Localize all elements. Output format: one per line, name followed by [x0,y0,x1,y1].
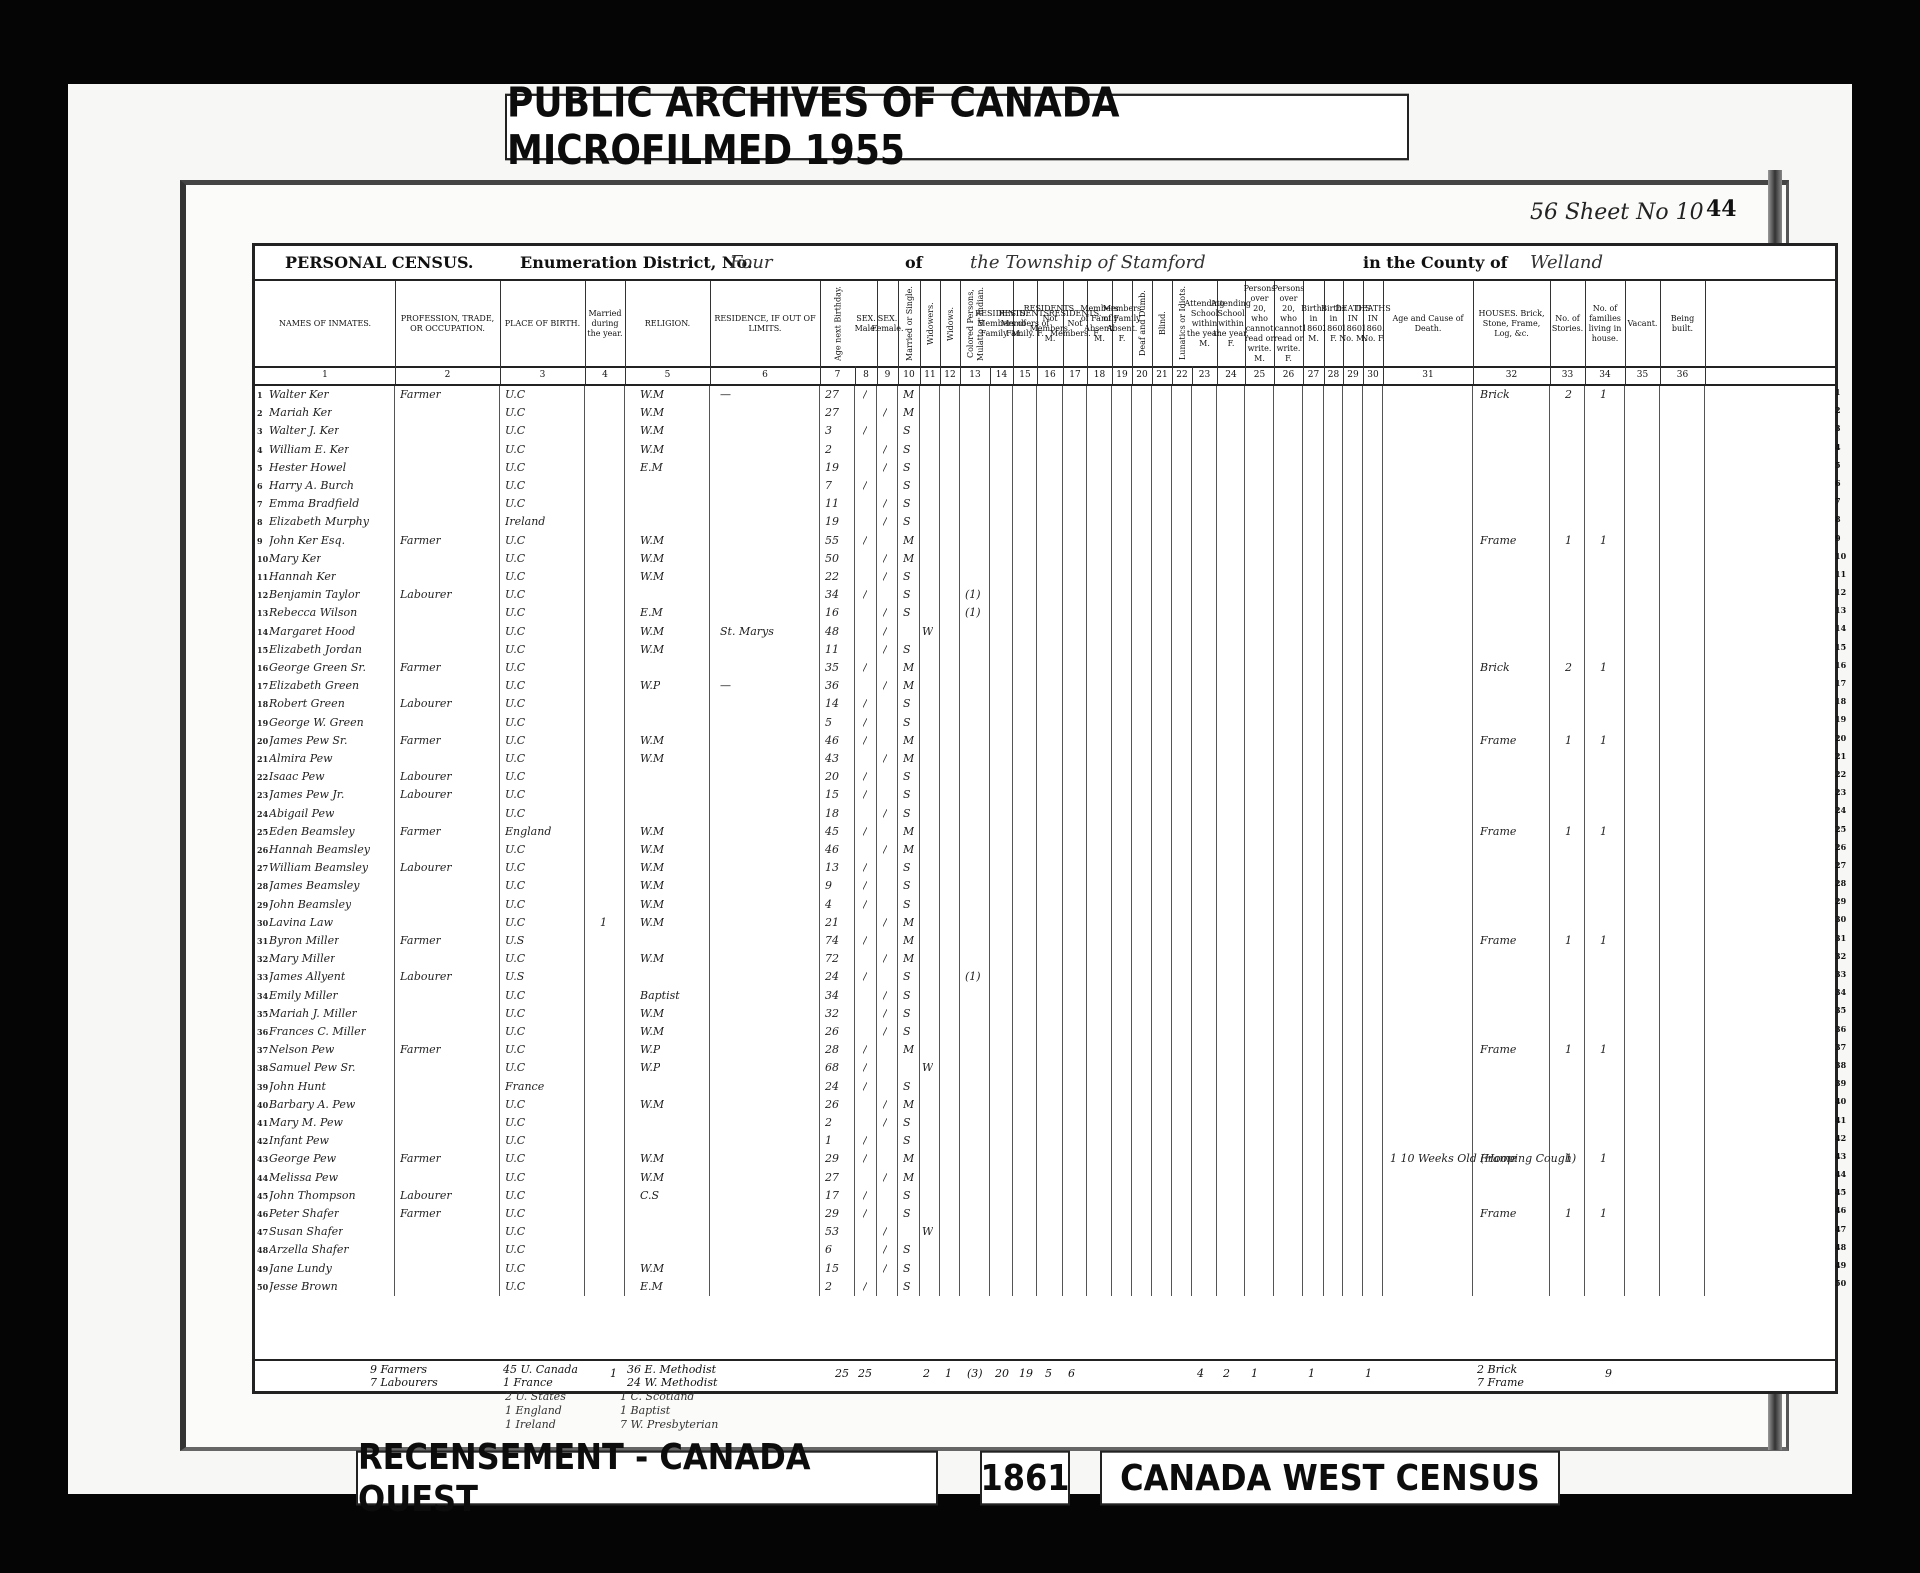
cell-rel: W.M [640,750,664,768]
cell-birth: U.C [505,659,525,677]
form-title-row: PERSONAL CENSUS. Enumeration District, N… [255,246,1835,281]
column-header-2: PROFESSION, TRADE, OR OCCUPATION. [395,281,501,366]
cell-married-single: S [903,1132,911,1150]
cell-occ: Labourer [400,786,452,804]
cell-birth: U.C [505,1169,525,1187]
cell-rel: E.M [640,1278,663,1296]
sex-tally-mark: / [863,768,867,786]
cell-fam: 1 [1600,532,1607,550]
total-value: 20 [995,1367,1009,1381]
cell-age: 18 [825,805,839,823]
cell-age: 2 [825,1114,832,1132]
cell-name: Almira Pew [269,750,333,768]
sex-tally-mark: / [883,404,887,422]
sex-tally-mark: / [863,386,867,404]
column-header-1: NAMES OF INMATES. [255,281,396,366]
cell-name: Melissa Pew [269,1169,338,1187]
cell-name: Nelson Pew [269,1041,334,1059]
cell-birth: U.C [505,459,525,477]
column-header-3: PLACE OF BIRTH. [500,281,586,366]
cell-n: 23 [257,786,268,804]
cell-name: Harry A. Burch [269,477,354,495]
cell-birth: U.C [505,950,525,968]
cell-house: Brick [1480,659,1510,677]
cell-name: Mary Miller [269,950,335,968]
county-label: in the County of [1363,253,1508,272]
right-row-numbers: 1234567891011121314151617181920212223242… [1835,383,1855,1292]
cell-married-single: S [903,1241,911,1259]
cell-n: 6 [257,477,263,495]
census-row: 9John Ker Esq.FarmerU.CW.M55Frame11/M [255,532,1835,550]
cell-age: 13 [825,859,839,877]
census-row: 16George Green Sr.FarmerU.C35Brick21/M [255,659,1835,677]
cell-age: 19 [825,459,839,477]
sex-tally-mark: / [883,950,887,968]
cell-married-single: S [903,441,911,459]
cell-fam: 1 [1600,386,1607,404]
right-row-number: 2 [1835,401,1855,419]
column-number-16: 16 [1037,366,1064,384]
sex-tally-mark: / [883,750,887,768]
cell-stories: 1 [1565,1205,1572,1223]
column-number-14: 14 [990,366,1014,384]
total-value: 4 [1197,1367,1204,1381]
sex-tally-mark: / [863,968,867,986]
cell-name: Benjamin Taylor [269,586,360,604]
cell-birth: U.C [505,877,525,895]
cell-occ: Farmer [400,386,441,404]
cell-name: William Beamsley [269,859,368,877]
census-row: 13Rebecca WilsonU.CE.M16(1)/S [255,604,1835,622]
right-row-number: 42 [1835,1129,1855,1147]
birth-extra-3: 1 Ireland [505,1418,566,1432]
cell-n: 31 [257,932,268,950]
census-row: 33James AllyentLabourerU.S24(1)/S [255,968,1835,986]
cell-house: Frame [1480,932,1516,950]
cell-name: John Hunt [269,1078,326,1096]
right-row-number: 50 [1835,1274,1855,1292]
total-value: 45 U. Canada [503,1363,578,1377]
cell-name: Mariah Ker [269,404,332,422]
cell-occ: Farmer [400,1041,441,1059]
cell-birth: U.C [505,1241,525,1259]
column-number-12: 12 [940,366,961,384]
cell-age: 17 [825,1187,839,1205]
stamp-year: 1861 [980,1451,1070,1506]
right-row-number: 39 [1835,1074,1855,1092]
cell-rel: W.M [640,732,664,750]
cell-age: 34 [825,987,839,1005]
column-number-15: 15 [1013,366,1038,384]
cell-house: Frame [1480,1205,1516,1223]
column-number-11: 11 [920,366,941,384]
right-row-number: 44 [1835,1165,1855,1183]
archive-stamp-top: PUBLIC ARCHIVES OF CANADA MICROFILMED 19… [505,94,1409,161]
cell-stories: 1 [1565,1041,1572,1059]
column-number-22: 22 [1172,366,1193,384]
total-value: 7 Frame [1477,1376,1524,1390]
cell-rel: W.M [640,1150,664,1168]
sex-tally-mark: / [863,422,867,440]
cell-n: 11 [257,568,268,586]
religion-extra-1: 1 C. Scotland [620,1390,718,1404]
cell-fam: 1 [1600,1205,1607,1223]
cell-occ: Labourer [400,695,452,713]
right-row-number: 15 [1835,638,1855,656]
column-number-27: 27 [1303,366,1325,384]
column-number-36: 36 [1660,366,1706,384]
column-number-26: 26 [1274,366,1304,384]
right-row-number: 23 [1835,783,1855,801]
cell-fam: 1 [1600,932,1607,950]
sex-tally-mark: / [863,1278,867,1296]
column-header-26: Persons over 20, who cannot read or writ… [1274,281,1304,366]
cell-age: 15 [825,1260,839,1278]
cell-rel: W.M [640,1023,664,1041]
cell-age: 48 [825,623,839,641]
column-number-3: 3 [500,366,586,384]
cell-n: 22 [257,768,268,786]
right-row-number: 12 [1835,583,1855,601]
census-form: PERSONAL CENSUS. Enumeration District, N… [252,243,1838,1394]
right-row-number: 20 [1835,729,1855,747]
total-value: 1 [610,1367,617,1381]
cell-age: 26 [825,1023,839,1041]
sex-tally-mark: / [883,1023,887,1041]
cell-age: 35 [825,659,839,677]
cell-n: 21 [257,750,268,768]
cell-married-single: S [903,1187,911,1205]
cell-name: Isaac Pew [269,768,325,786]
census-row: 25Eden BeamsleyFarmerEnglandW.M45Frame11… [255,823,1835,841]
cell-married-single: S [903,1260,911,1278]
cell-house: Frame [1480,823,1516,841]
sex-tally-mark: / [883,1005,887,1023]
cell-age: 2 [825,441,832,459]
census-row: 7Emma BradfieldU.C11/S [255,495,1835,513]
column-header-21: Blind. [1152,281,1173,366]
column-number-5: 5 [625,366,711,384]
column-header-33: No. of Stories. [1550,281,1586,366]
cell-wid: W [922,1223,933,1241]
cell-married-single: S [903,1078,911,1096]
cell-age: 32 [825,1005,839,1023]
cell-rel: C.S [640,1187,659,1205]
right-row-number: 31 [1835,929,1855,947]
cell-name: Susan Shafer [269,1223,343,1241]
column-number-8: 8 [855,366,878,384]
sex-tally-mark: / [883,495,887,513]
cell-birth: U.C [505,441,525,459]
cell-age: 68 [825,1059,839,1077]
cell-married-single: S [903,714,911,732]
column-header-6: RESIDENCE, IF OUT OF LIMITS. [710,281,821,366]
column-number-2: 2 [395,366,501,384]
cell-name: Emma Bradfield [269,495,359,513]
column-header-10: Married or Single. [898,281,921,366]
census-row: 42Infant PewU.C1/S [255,1132,1835,1150]
cell-birth: U.C [505,859,525,877]
cell-married-single: S [903,477,911,495]
birth-extra-2: 1 England [505,1404,566,1418]
cell-res: — [720,677,731,695]
cell-age: 26 [825,1096,839,1114]
cell-n: 37 [257,1041,268,1059]
right-row-number: 33 [1835,965,1855,983]
right-row-number: 16 [1835,656,1855,674]
column-number-32: 32 [1473,366,1551,384]
total-value: (3) [967,1367,983,1381]
cell-name: Jesse Brown [269,1278,338,1296]
census-row: 10Mary KerU.CW.M50/M [255,550,1835,568]
census-row: 23James Pew Jr.LabourerU.C15/S [255,786,1835,804]
census-row: 47Susan ShaferU.C53W/ [255,1223,1835,1241]
cell-birth: U.C [505,896,525,914]
cell-married-single: S [903,695,911,713]
sex-tally-mark: / [883,841,887,859]
cell-married-single: M [903,750,914,768]
cell-occ: Farmer [400,823,441,841]
cell-age: 3 [825,422,832,440]
cell-fam: 1 [1600,1041,1607,1059]
right-row-number: 14 [1835,619,1855,637]
cell-rel: W.M [640,532,664,550]
cell-birth: U.C [505,677,525,695]
right-row-number: 48 [1835,1238,1855,1256]
right-row-number: 3 [1835,419,1855,437]
cell-birth: U.C [505,786,525,804]
cell-death: 1 10 Weeks Old (Hooping Cough) [1390,1150,1576,1168]
column-numbers: 1234567891011121314151617181920212223242… [255,366,1835,386]
census-row: 18Robert GreenLabourerU.C14/S [255,695,1835,713]
census-row: 28James BeamsleyU.CW.M9/S [255,877,1835,895]
column-number-24: 24 [1217,366,1246,384]
cell-married-single: S [903,495,911,513]
right-row-number: 18 [1835,692,1855,710]
cell-married-single: S [903,1023,911,1041]
cell-n: 36 [257,1023,268,1041]
cell-age: 27 [825,386,839,404]
cell-married-single: S [903,805,911,823]
cell-birth: U.C [505,641,525,659]
stamp-canada-west-census: CANADA WEST CENSUS [1100,1451,1560,1506]
cell-age: 7 [825,477,832,495]
cell-rel: W.P [640,677,660,695]
sex-tally-mark: / [883,441,887,459]
right-row-number: 27 [1835,856,1855,874]
cell-n: 27 [257,859,268,877]
cell-married-single: S [903,568,911,586]
cell-n: 8 [257,513,263,531]
cell-rel: E.M [640,604,663,622]
cell-married-single: M [903,950,914,968]
right-row-number: 30 [1835,910,1855,928]
right-row-number: 36 [1835,1020,1855,1038]
cell-age: 2 [825,1278,832,1296]
cell-n: 43 [257,1150,268,1168]
cell-birth: U.C [505,1132,525,1150]
cell-name: William E. Ker [269,441,349,459]
cell-age: 24 [825,1078,839,1096]
column-number-21: 21 [1152,366,1173,384]
cell-rel: W.M [640,877,664,895]
census-row: 12Benjamin TaylorLabourerU.C34(1)/S [255,586,1835,604]
column-number-17: 17 [1063,366,1088,384]
cell-rel: W.P [640,1059,660,1077]
right-row-number: 38 [1835,1056,1855,1074]
census-row: 31Byron MillerFarmerU.S74Frame11/M [255,932,1835,950]
cell-name: Emily Miller [269,987,338,1005]
cell-occ: Farmer [400,732,441,750]
cell-married-single: S [903,768,911,786]
cell-birth: Ireland [505,513,545,531]
cell-occ: Labourer [400,586,452,604]
cell-age: 22 [825,568,839,586]
total-value: 25 [858,1367,872,1381]
cell-married-single: M [903,386,914,404]
total-value: 1 [1251,1367,1258,1381]
census-row: 35Mariah J. MillerU.CW.M32/S [255,1005,1835,1023]
right-row-number: 32 [1835,947,1855,965]
cell-birth: U.C [505,404,525,422]
sex-tally-mark: / [883,677,887,695]
cell-name: Arzella Shafer [269,1241,349,1259]
cell-mar: 1 [600,914,607,932]
column-number-34: 34 [1585,366,1626,384]
column-number-19: 19 [1112,366,1133,384]
cell-n: 4 [257,441,263,459]
column-number-23: 23 [1192,366,1218,384]
right-row-number: 47 [1835,1220,1855,1238]
cell-age: 28 [825,1041,839,1059]
sex-tally-mark: / [883,1223,887,1241]
cell-name: Byron Miller [269,932,339,950]
sex-tally-mark: / [883,987,887,1005]
cell-name: Walter Ker [269,386,329,404]
cell-stories: 1 [1565,823,1572,841]
cell-rel: W.M [640,404,664,422]
cell-fam: 1 [1600,732,1607,750]
cell-occ: Farmer [400,532,441,550]
cell-house: Frame [1480,1041,1516,1059]
cell-name: John Beamsley [269,896,351,914]
census-row: 6Harry A. BurchU.C7/S [255,477,1835,495]
cell-birth: U.C [505,987,525,1005]
census-row: 22Isaac PewLabourerU.C20/S [255,768,1835,786]
cell-age: 21 [825,914,839,932]
column-header-9: SEX. Female. [877,281,899,366]
total-value: 2 Brick [1477,1363,1517,1377]
right-row-number: 1 [1835,383,1855,401]
right-row-number: 13 [1835,601,1855,619]
census-row: 8Elizabeth MurphyIreland19/S [255,513,1835,531]
cell-n: 45 [257,1187,268,1205]
cell-age: 1 [825,1132,832,1150]
cell-birth: U.C [505,1187,525,1205]
cell-age: 27 [825,404,839,422]
column-header-34: No. of families living in house. [1585,281,1626,366]
total-value: 1 France [503,1376,553,1390]
enumeration-value: Four [730,252,773,273]
cell-rel: W.M [640,386,664,404]
cell-birth: U.C [505,1278,525,1296]
column-number-29: 29 [1343,366,1364,384]
sex-tally-mark: / [883,1241,887,1259]
total-value: 9 [1605,1367,1612,1381]
sex-tally-mark: / [863,1132,867,1150]
cell-married-single: S [903,896,911,914]
cell-married-single: M [903,841,914,859]
cell-name: Robert Green [269,695,345,713]
cell-n: 2 [257,404,263,422]
column-number-35: 35 [1625,366,1661,384]
cell-n: 35 [257,1005,268,1023]
census-row: 49Jane LundyU.CW.M15/S [255,1260,1835,1278]
cell-married-single: M [903,677,914,695]
column-number-1: 1 [255,366,396,384]
cell-res: — [720,386,731,404]
cell-rel: W.P [640,1041,660,1059]
census-row: 5Hester HowelU.CE.M19/S [255,459,1835,477]
cell-birth: U.C [505,714,525,732]
column-header-31: Age and Cause of Death. [1383,281,1474,366]
right-row-number: 22 [1835,765,1855,783]
cell-occ: Farmer [400,1150,441,1168]
sex-tally-mark: / [863,1187,867,1205]
cell-n: 29 [257,896,268,914]
cell-birth: U.C [505,768,525,786]
cell-birth: U.C [505,695,525,713]
total-value: 1 [1308,1367,1315,1381]
county-value: Welland [1530,252,1603,273]
cell-rel: W.M [640,859,664,877]
sex-tally-mark: / [863,877,867,895]
cell-birth: U.C [505,623,525,641]
census-row: 27William BeamsleyLabourerU.CW.M13/S [255,859,1835,877]
column-number-7: 7 [820,366,856,384]
cell-name: Hannah Beamsley [269,841,370,859]
cell-married-single: M [903,404,914,422]
cell-birth: U.C [505,1023,525,1041]
census-row: 36Frances C. MillerU.CW.M26/S [255,1023,1835,1041]
cell-age: 55 [825,532,839,550]
cell-age: 29 [825,1205,839,1223]
column-number-25: 25 [1245,366,1275,384]
right-row-number: 28 [1835,874,1855,892]
cell-married-single: S [903,641,911,659]
religion-totals-extra: 1 C. Scotland 1 Baptist 7 W. Presbyteria… [620,1390,718,1432]
right-row-number: 21 [1835,747,1855,765]
cell-rel: W.M [640,422,664,440]
right-row-number: 29 [1835,892,1855,910]
right-row-number: 41 [1835,1111,1855,1129]
total-value: 25 [835,1367,849,1381]
cell-birth: U.C [505,841,525,859]
cell-birth: France [505,1078,544,1096]
cell-age: 45 [825,823,839,841]
cell-name: Abigail Pew [269,805,334,823]
cell-age: 27 [825,1169,839,1187]
cell-married-single: M [903,914,914,932]
cell-married-single: S [903,513,911,531]
cell-n: 39 [257,1078,268,1096]
cell-name: Mariah J. Miller [269,1005,357,1023]
right-row-number: 5 [1835,456,1855,474]
township-value: the Township of Stamford [970,252,1206,273]
cell-birth: U.C [505,386,525,404]
cell-age: 34 [825,586,839,604]
sex-tally-mark: / [883,550,887,568]
